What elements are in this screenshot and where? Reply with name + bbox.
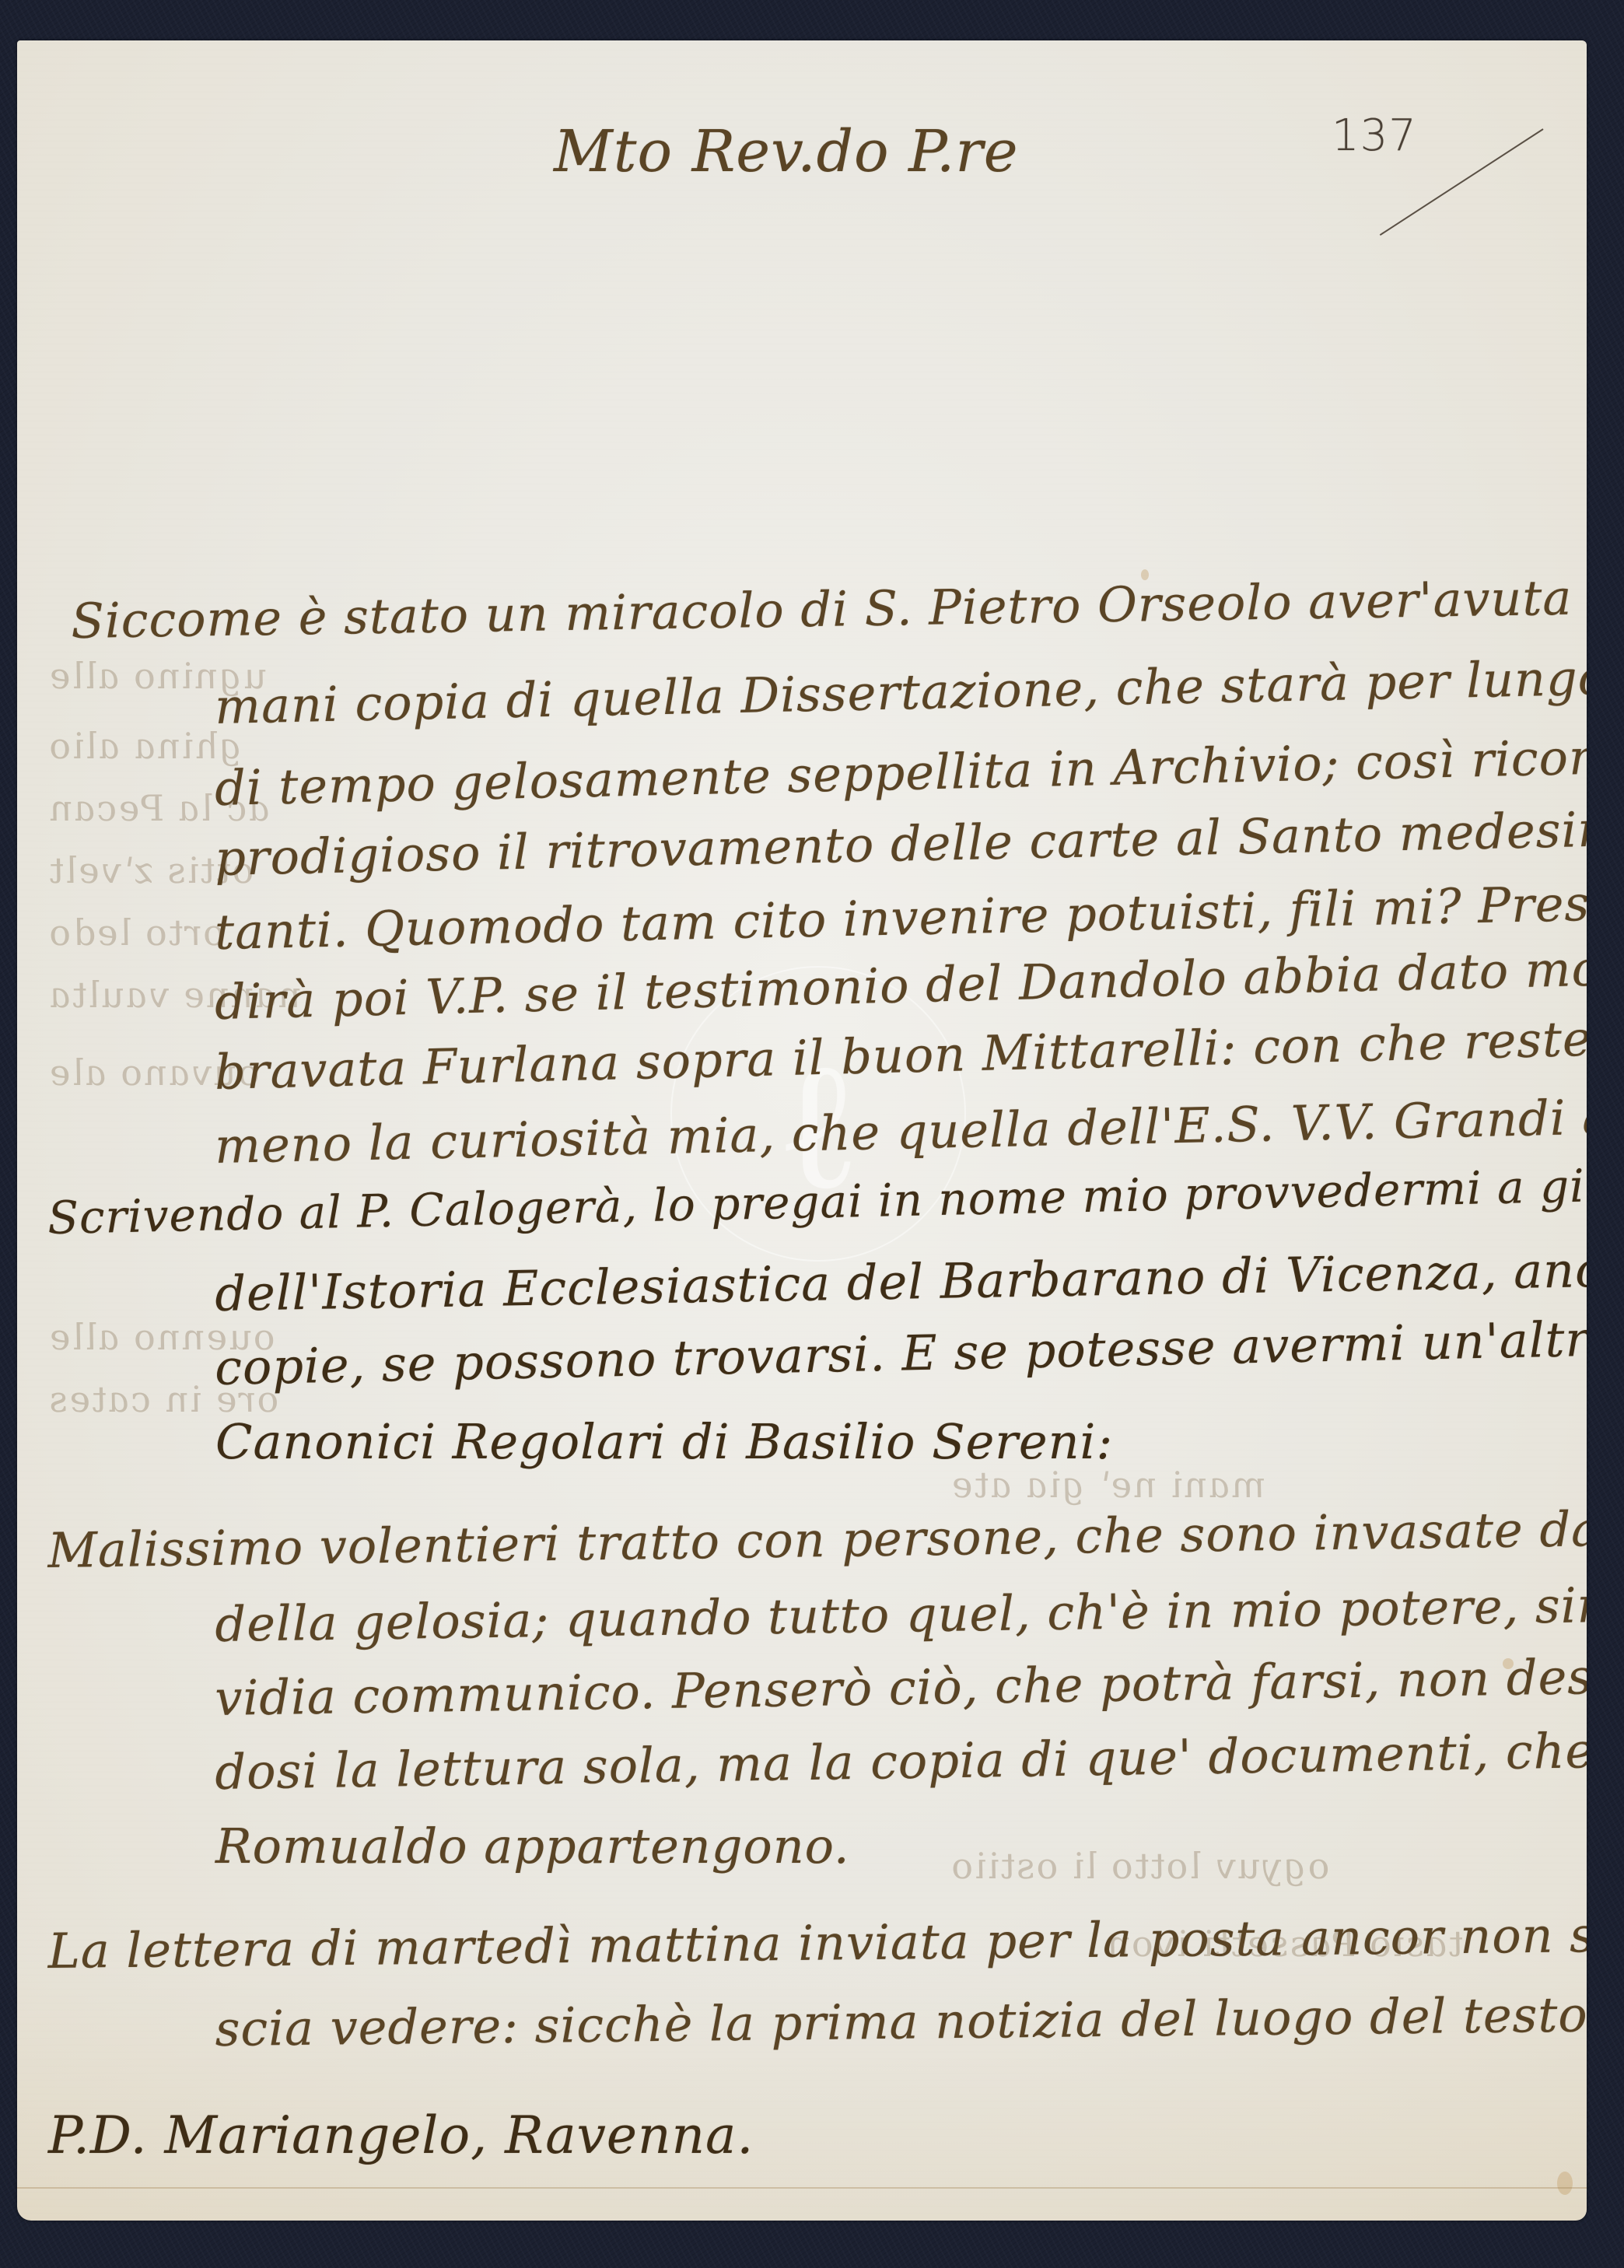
- bleed-through-text: ogyuv lotto li ostiio: [947, 1845, 1334, 1887]
- letter-line: scia vedere: sicchè la prima notizia del…: [215, 1983, 1587, 2057]
- letter-line: Canonici Regolari di Basilio Sereni:: [215, 1413, 1113, 1470]
- letter-line: mani copia di quella Dissertazione, che …: [214, 646, 1587, 735]
- letter-line: La lettera di martedì mattina inviata pe…: [47, 1906, 1587, 1979]
- manuscript-page: ugnino alle ghina alio ac la Pecan ottis…: [17, 40, 1587, 2221]
- folio-number: 137: [1332, 110, 1417, 161]
- paper-fold-line: [17, 2187, 1587, 2189]
- letter-line: di tempo gelosamente seppellita in Archi…: [214, 723, 1587, 817]
- letter-line: Siccome è stato un miracolo di S. Pietro…: [71, 567, 1587, 649]
- addressee-line: P.D. Mariangelo, Ravenna.: [48, 2105, 754, 2165]
- bleed-through-text: orto ledo: [44, 912, 229, 954]
- letter-line: Romualdo appartengono.: [215, 1818, 850, 1874]
- letter-line: dell'Istoria Ecclesiastica del Barbarano…: [215, 1237, 1587, 1322]
- letter-line: Malissimo volentieri tratto con persone,…: [47, 1497, 1587, 1579]
- letter-line: vidia communico. Penserò ciò, che potrà …: [215, 1646, 1587, 1727]
- foxing-spot: [1557, 2172, 1573, 2195]
- letter-line: dosi la lettura sola, ma la copia di que…: [215, 1720, 1587, 1801]
- letter-line: della gelosia; quando tutto quel, ch'è i…: [215, 1575, 1587, 1653]
- salutation-heading: Mto Rev.do P.re: [554, 118, 1019, 185]
- bleed-through-text: mani ne' gia ate: [947, 1464, 1269, 1506]
